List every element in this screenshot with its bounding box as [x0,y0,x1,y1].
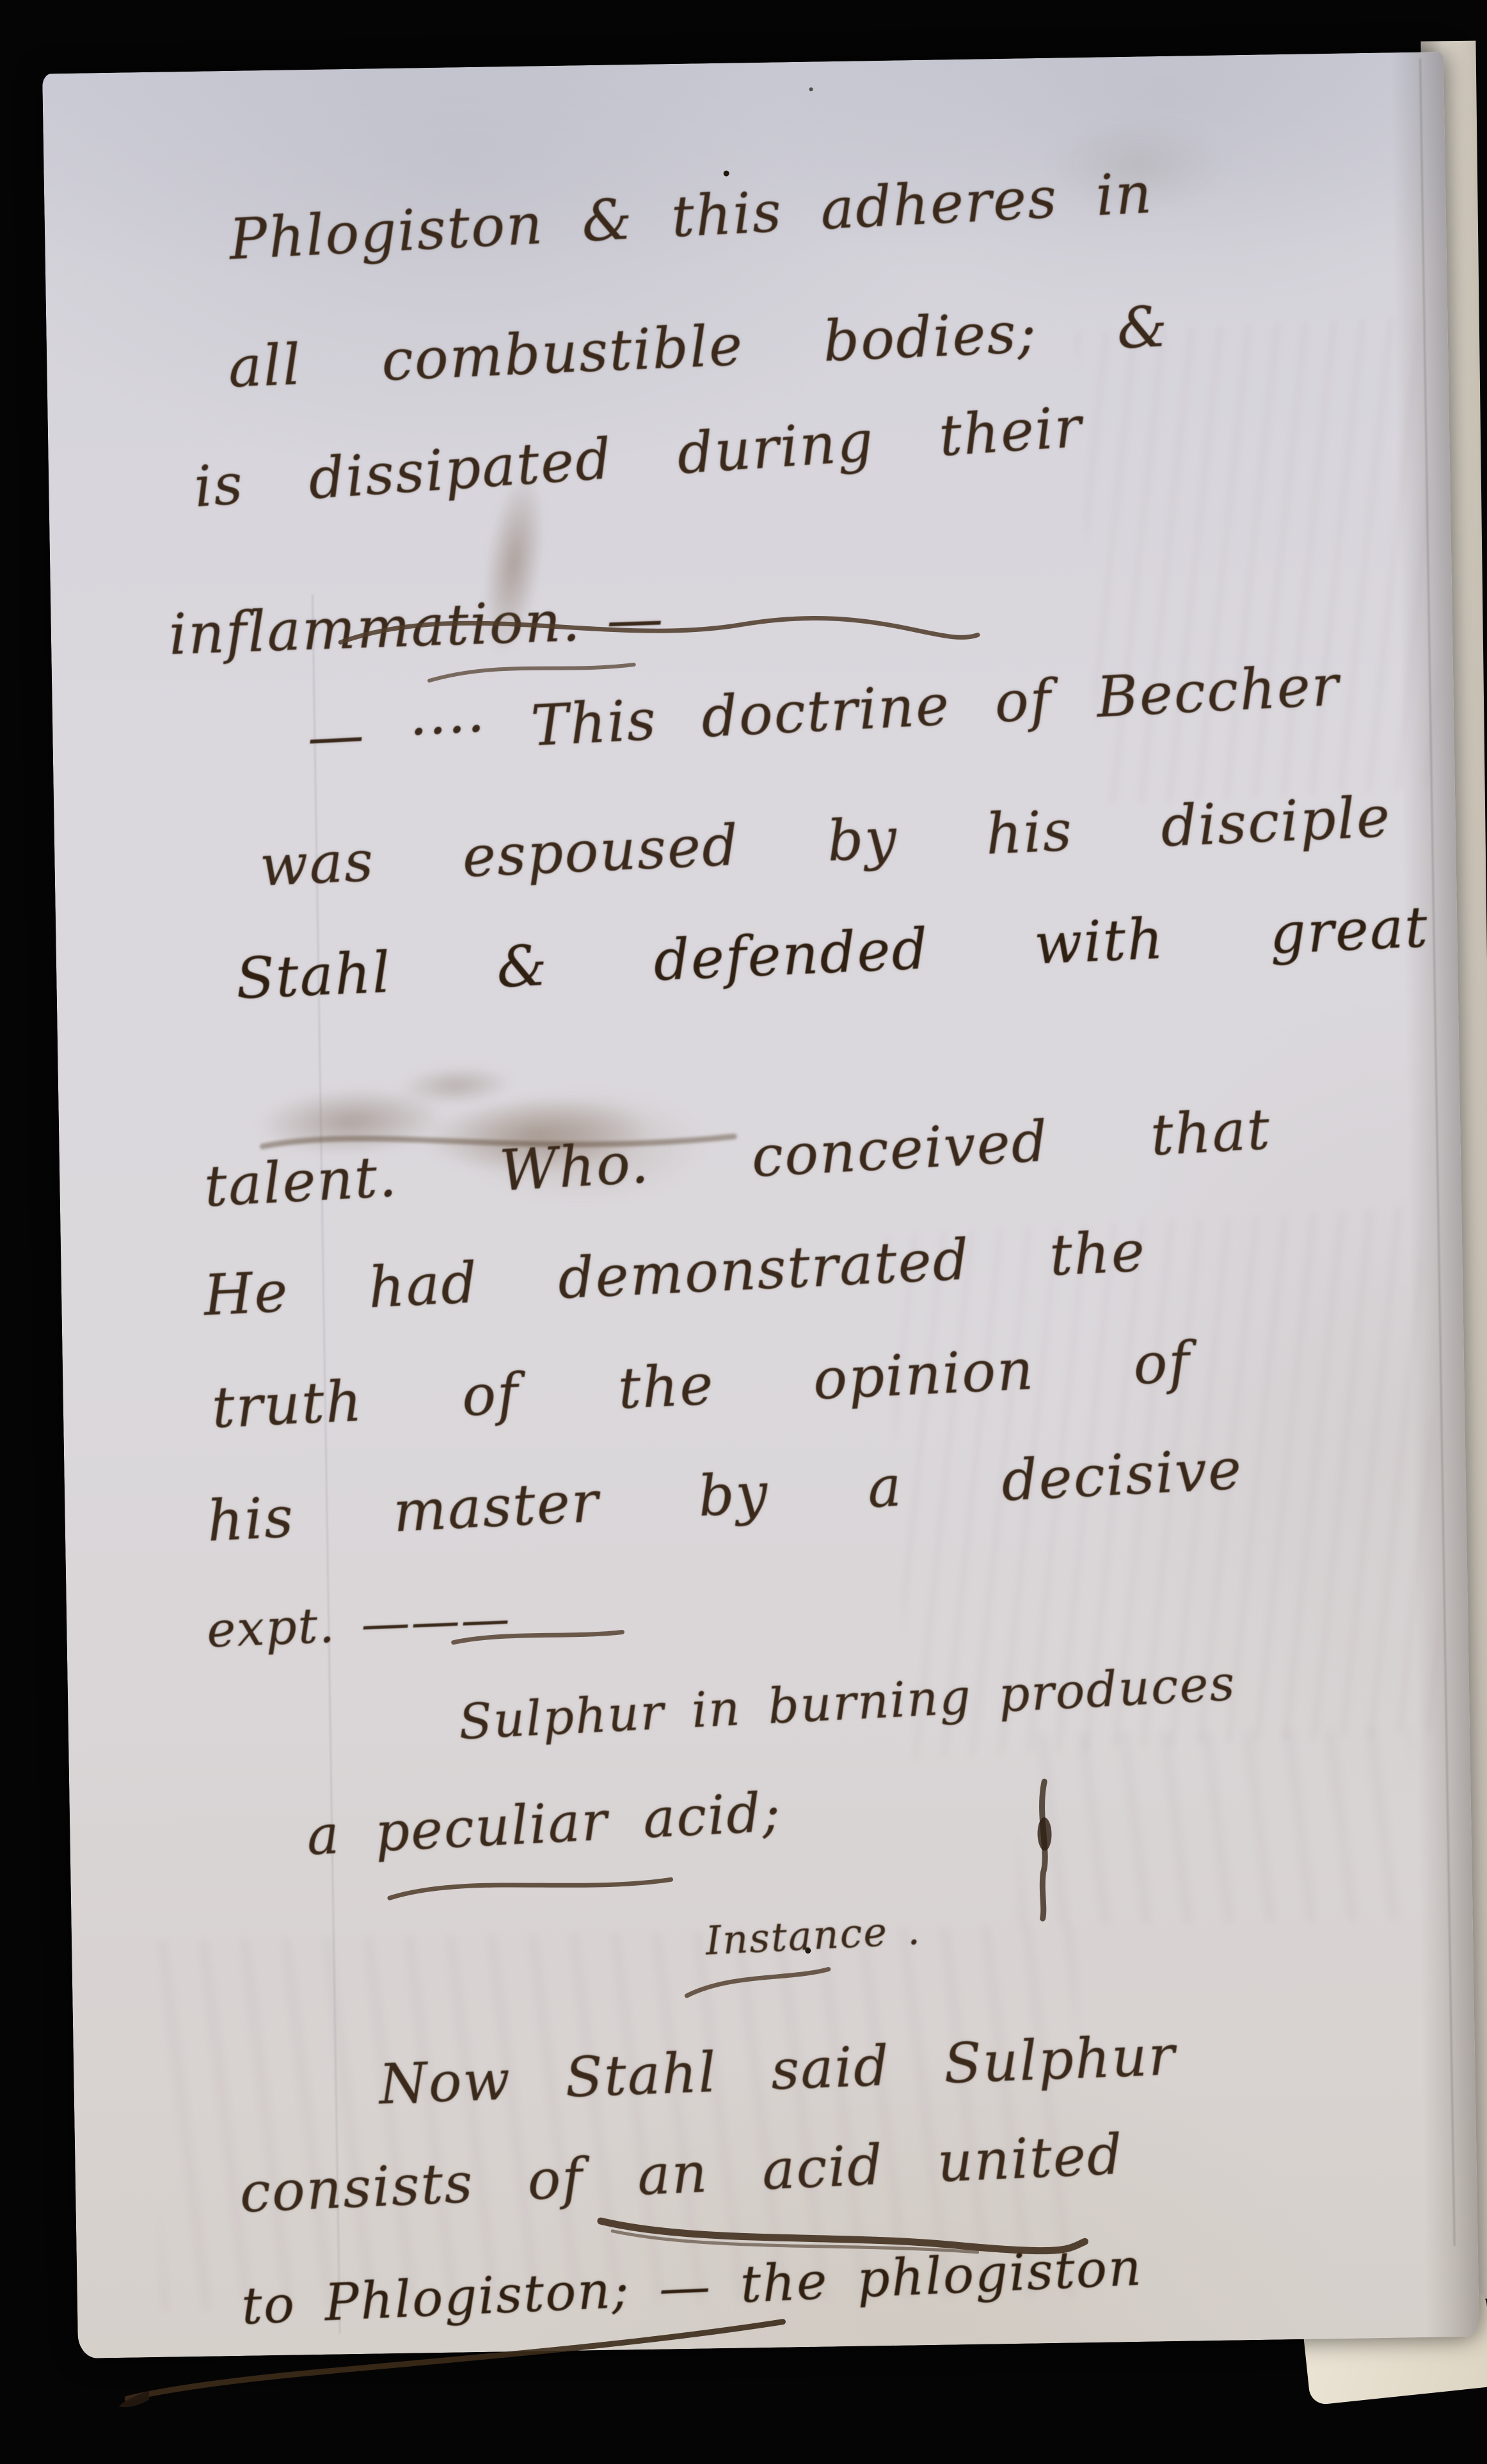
manuscript-page: Phlogiston & this adheres in all combust… [42,52,1479,2358]
manuscript-line: Instance . [704,1907,922,1964]
manuscript-line: Phlogiston & this adheres in [228,160,1154,272]
ink-underline-instance [680,1960,834,2007]
manuscript-line: Stahl & defended with great [235,894,1430,1012]
ink-underline-combustible-bodies [332,571,987,696]
ink-speck [724,171,729,177]
showthrough-ghost [1015,1728,1415,1927]
manuscript-line: He had demonstrated the [202,1218,1147,1328]
manuscript-line: his master by a decisive [205,1436,1244,1554]
showthrough-ghost [1075,315,1444,805]
manuscript-line: Now Stahl said Sulphur [378,2024,1177,2117]
manuscript-line: is dissipated during their [192,393,1085,519]
manuscript-line: Sulphur in burning produces [457,1654,1237,1750]
ink-underline-peculiar-acid [383,1847,678,1922]
ink-speck [809,88,813,91]
ink-underline-to-phlogiston [103,2305,795,2418]
ink-dash-after-expt [448,1620,628,1655]
ink-speck [805,1948,811,1954]
stray-ink-stroke [1022,1776,1063,1924]
manuscript-line: all combustible bodies; & [227,294,1170,400]
manuscript-line: truth of the opinion of [211,1329,1192,1441]
ink-underline-an-acid-united [592,2188,1093,2278]
manuscript-line: was espoused by his disciple [258,784,1392,899]
